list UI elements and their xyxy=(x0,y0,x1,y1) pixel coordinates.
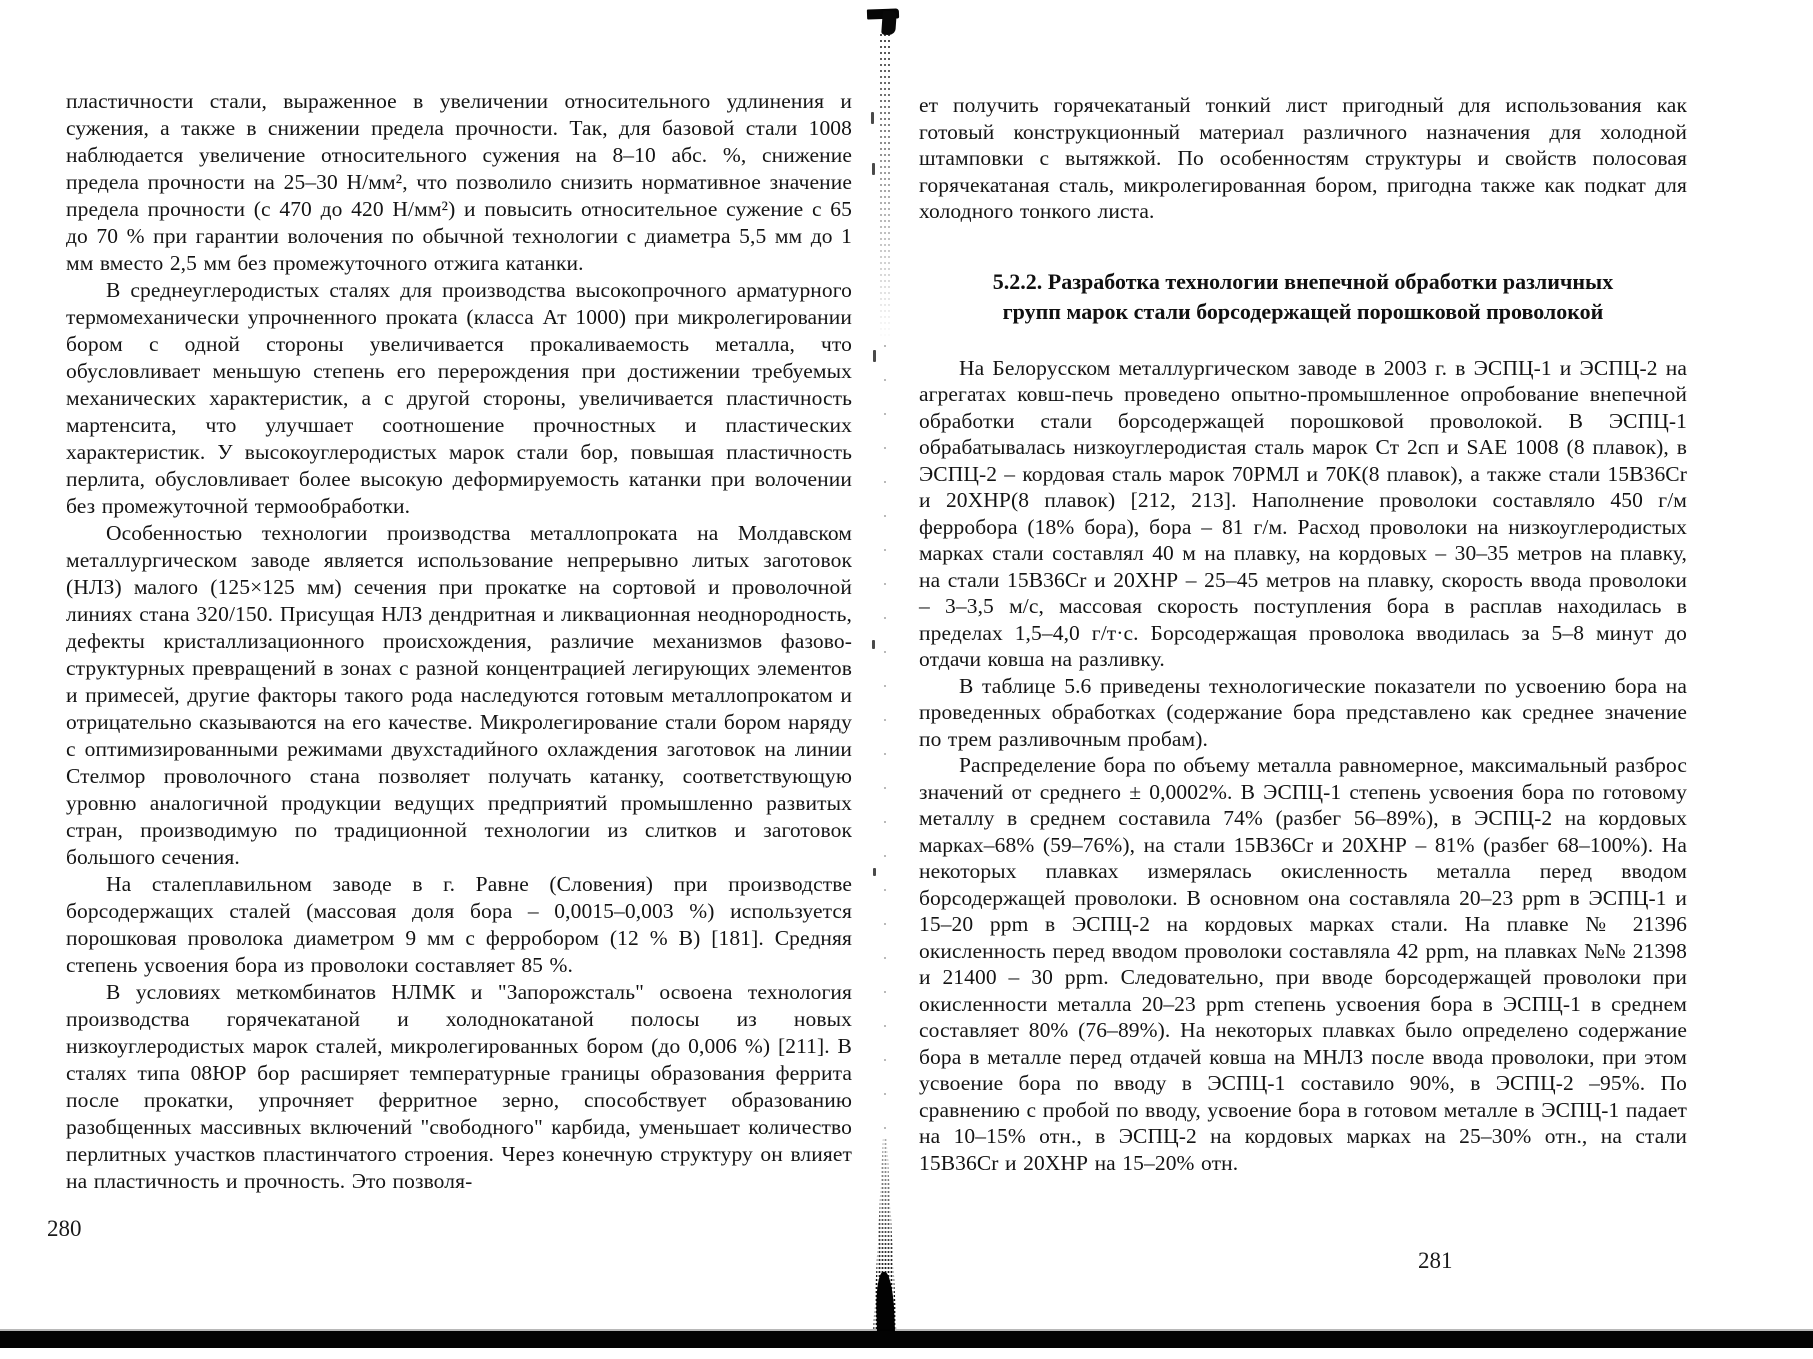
paragraph: На сталеплавильном заводе в г. Равне (Сл… xyxy=(66,871,852,979)
paragraph: В условиях меткомбинатов НЛМК и "Запорож… xyxy=(66,979,852,1195)
binding-smudge-top xyxy=(867,8,899,19)
right-page: ет получить горячекатаный тонкий лист пр… xyxy=(919,92,1687,1176)
paragraph: пластичности стали, выраженное в увеличе… xyxy=(66,88,852,277)
binding-blob-bottom xyxy=(875,1272,895,1335)
binding-tick xyxy=(873,350,876,362)
binding-tick xyxy=(872,640,875,649)
binding-tick xyxy=(872,163,875,175)
binding-speckle-trail xyxy=(872,1138,898,1334)
paragraph: В таблице 5.6 приведены технологические … xyxy=(919,673,1687,753)
binding-dotted-line xyxy=(884,345,886,1135)
paragraph: Распределение бора по объему металла рав… xyxy=(919,752,1687,1176)
left-page: пластичности стали, выраженное в увеличе… xyxy=(66,88,852,1195)
scan-edge-bar-bottom xyxy=(0,1331,1813,1348)
section-heading: 5.2.2. Разработка технологии внепечной о… xyxy=(962,267,1644,327)
binding-tick xyxy=(873,868,876,876)
paragraph: На Белорусском металлургическом заводе в… xyxy=(919,355,1687,673)
binding-tick xyxy=(871,112,874,124)
page-number-right: 281 xyxy=(1418,1248,1453,1274)
binding-smudge-top-body xyxy=(881,11,897,36)
paragraph: Особенностью технологии производства мет… xyxy=(66,520,852,871)
binding-speckle-column xyxy=(879,32,890,342)
paragraph: В среднеуглеродистых сталях для производ… xyxy=(66,277,852,520)
paragraph: ет получить горячекатаный тонкий лист пр… xyxy=(919,92,1687,225)
page-number-left: 280 xyxy=(47,1216,82,1242)
